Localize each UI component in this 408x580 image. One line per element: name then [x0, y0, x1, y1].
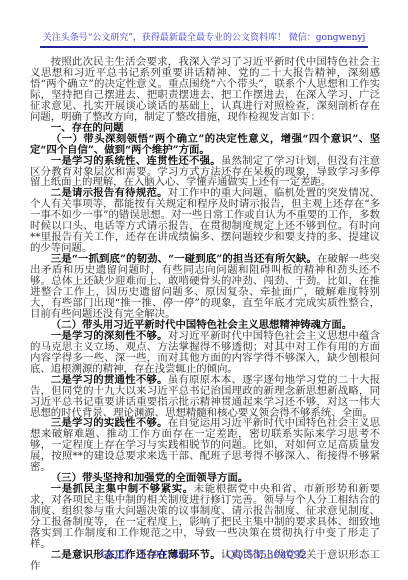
- paragraph-text: 未能根据党中央和省、市新形势和新要求，对各项民主集中制的相关制度进行修订完善。领…: [30, 483, 380, 550]
- header-banner-text: 关注头条号“公文研究”，获得最新最全最专业的公文资料库！ 微信：gongweny…: [40, 30, 369, 48]
- paragraph: 三是学习的实践性不够。在自觉运用习近平新时代中国特色社会主义思想来破解难题、推动…: [30, 418, 380, 473]
- paragraph: 三是“一抓到底”的韧劲、“一碰到底”的担当还有所欠缺。在破解一些突出矛盾和历史遗…: [30, 254, 380, 320]
- paragraph-text: 按照此次民主生活会要求，我深入学习了习近平新时代中国特色社会主义思想和习近平总书…: [30, 56, 380, 123]
- paragraph: 一是学习的深刻性不够。对习近平新时代中国特色社会主义思想中蕴含的马克思主义立场、…: [30, 331, 380, 375]
- header: 关注头条号“公文研究”，获得最新最全最专业的公文资料库！ 微信：gongweny…: [0, 25, 408, 48]
- paragraph-text: 对工作中的重大问题、临机处置的突发情况、个人有关事项等，都能按有关规定和程序及时…: [30, 187, 380, 254]
- document-body: 按照此次民主生活会要求，我深入学习了习近平新时代中国特色社会主义思想和习近平总书…: [30, 57, 380, 572]
- subsection-heading: （一）带头深刻领悟“两个确立”的决定性意义，增强“四个意识”、坚定“四个自信”、…: [30, 134, 380, 156]
- document-page: 关注头条号“公文研究”，获得最新最全最专业的公文资料库！ 微信：gongweny…: [0, 0, 408, 580]
- paragraph: 二是请示报告有待规范。对工作中的重大问题、临机处置的突发情况、个人有关事项等，都…: [30, 188, 380, 254]
- paragraph: 一是抓民主集中制不够紧实。未能根据党中央和省、市新形势和新要求，对各项民主集中制…: [30, 484, 380, 550]
- paragraph: 一是学习的系统性、连贯性还不强。虽然制定了学习计划，但没有注意区分教育对象层次和…: [30, 156, 380, 189]
- paragraph-text: 在破解一些突出矛盾和历史遗留问题时，有些同志向问题和阻碍叫板的精神和劲头还不够。…: [30, 253, 380, 320]
- qq-group-text: QQ群：31991489: [101, 549, 193, 561]
- paragraph: 二是学习的贯通性不够。虽有原原本本、逐字逐句地学习党的二十大报告，但同党的十九大…: [30, 375, 380, 419]
- paragraph-intro: 按照此次民主生活会要求，我深入学习了习近平新时代中国特色社会主义思想和习近平总书…: [30, 57, 380, 123]
- paragraph-lead: （一）带头深刻领悟“两个确立”的决定性意义，增强“四个意识”、坚定“四个自信”、…: [30, 133, 380, 156]
- footer: QQ群：31991489 QQ:535304092: [0, 547, 408, 562]
- qq-number-text: QQ:535304092: [226, 549, 307, 561]
